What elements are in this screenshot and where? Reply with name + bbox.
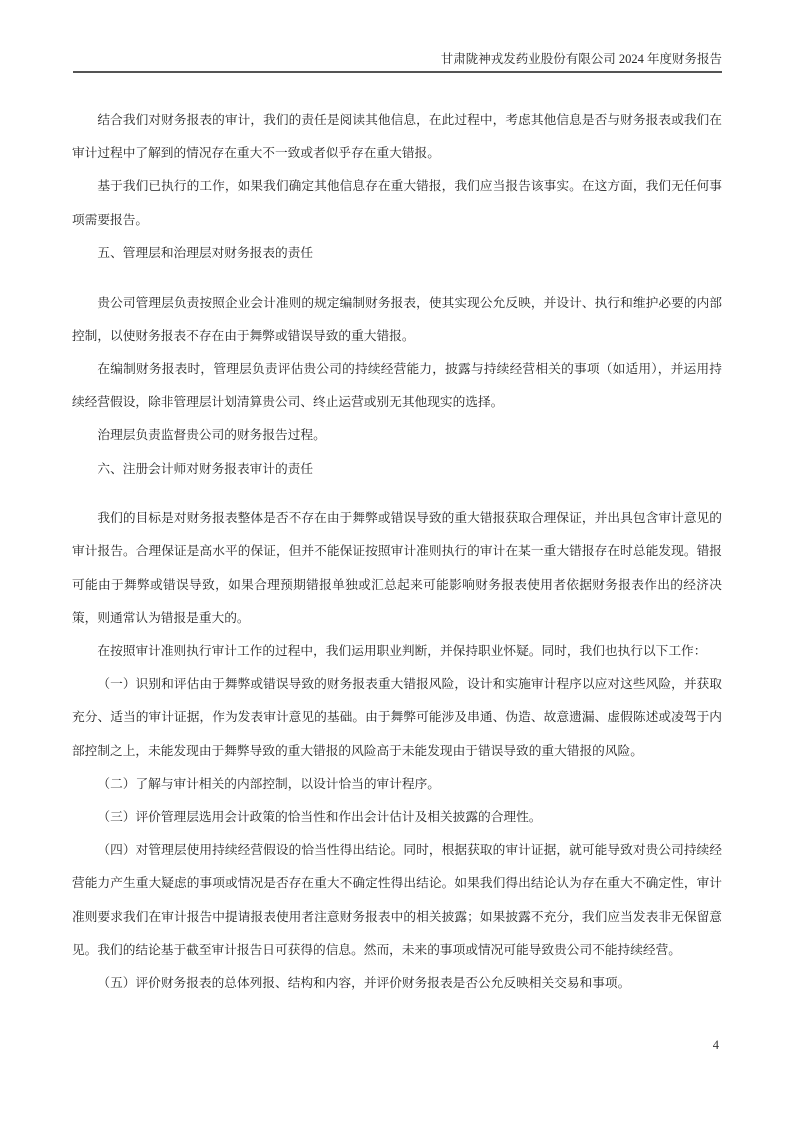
paragraph: （四）对管理层使用持续经营假设的恰当性得出结论。同时，根据获取的审计证据，就可能… [72,834,722,967]
page-number: 4 [713,1038,719,1052]
paragraph: 在编制财务报表时，管理层负责评估贵公司的持续经营能力，披露与持续经营相关的事项（… [72,353,722,419]
paragraph: （三）评价管理层选用会计政策的恰当性和作出会计估计及相关披露的合理性。 [72,801,722,834]
section-heading-6: 六、注册会计师对财务报表审计的责任 [72,453,722,486]
paragraph: （五）评价财务报表的总体列报、结构和内容，并评价财务报表是否公允反映相关交易和事… [72,967,722,1000]
document-page: 甘肃陇神戎发药业股份有限公司 2024 年度财务报告 结合我们对财务报表的审计，… [0,0,793,1122]
header-title: 甘肃陇神戎发药业股份有限公司 2024 年度财务报告 [441,52,722,66]
paragraph: 在按照审计准则执行审计工作的过程中，我们运用职业判断，并保持职业怀疑。同时，我们… [72,635,722,668]
page-header: 甘肃陇神戎发药业股份有限公司 2024 年度财务报告 [73,50,722,73]
paragraph: 基于我们已执行的工作，如果我们确定其他信息存在重大错报，我们应当报告该事实。在这… [72,170,722,236]
paragraph: 贵公司管理层负责按照企业会计准则的规定编制财务报表，使其实现公允反映，并设计、执… [72,287,722,353]
paragraph: 结合我们对财务报表的审计，我们的责任是阅读其他信息，在此过程中，考虑其他信息是否… [72,104,722,170]
paragraph: （二）了解与审计相关的内部控制，以设计恰当的审计程序。 [72,768,722,801]
document-body: 结合我们对财务报表的审计，我们的责任是阅读其他信息，在此过程中，考虑其他信息是否… [72,104,722,1000]
paragraph: （一）识别和评估由于舞弊或错误导致的财务报表重大错报风险，设计和实施审计程序以应… [72,668,722,768]
paragraph: 治理层负责监督贵公司的财务报告过程。 [72,419,722,452]
paragraph: 我们的目标是对财务报表整体是否不存在由于舞弊或错误导致的重大错报获取合理保证，并… [72,502,722,635]
section-heading-5: 五、管理层和治理层对财务报表的责任 [72,237,722,270]
page-footer: 4 [713,1038,719,1053]
